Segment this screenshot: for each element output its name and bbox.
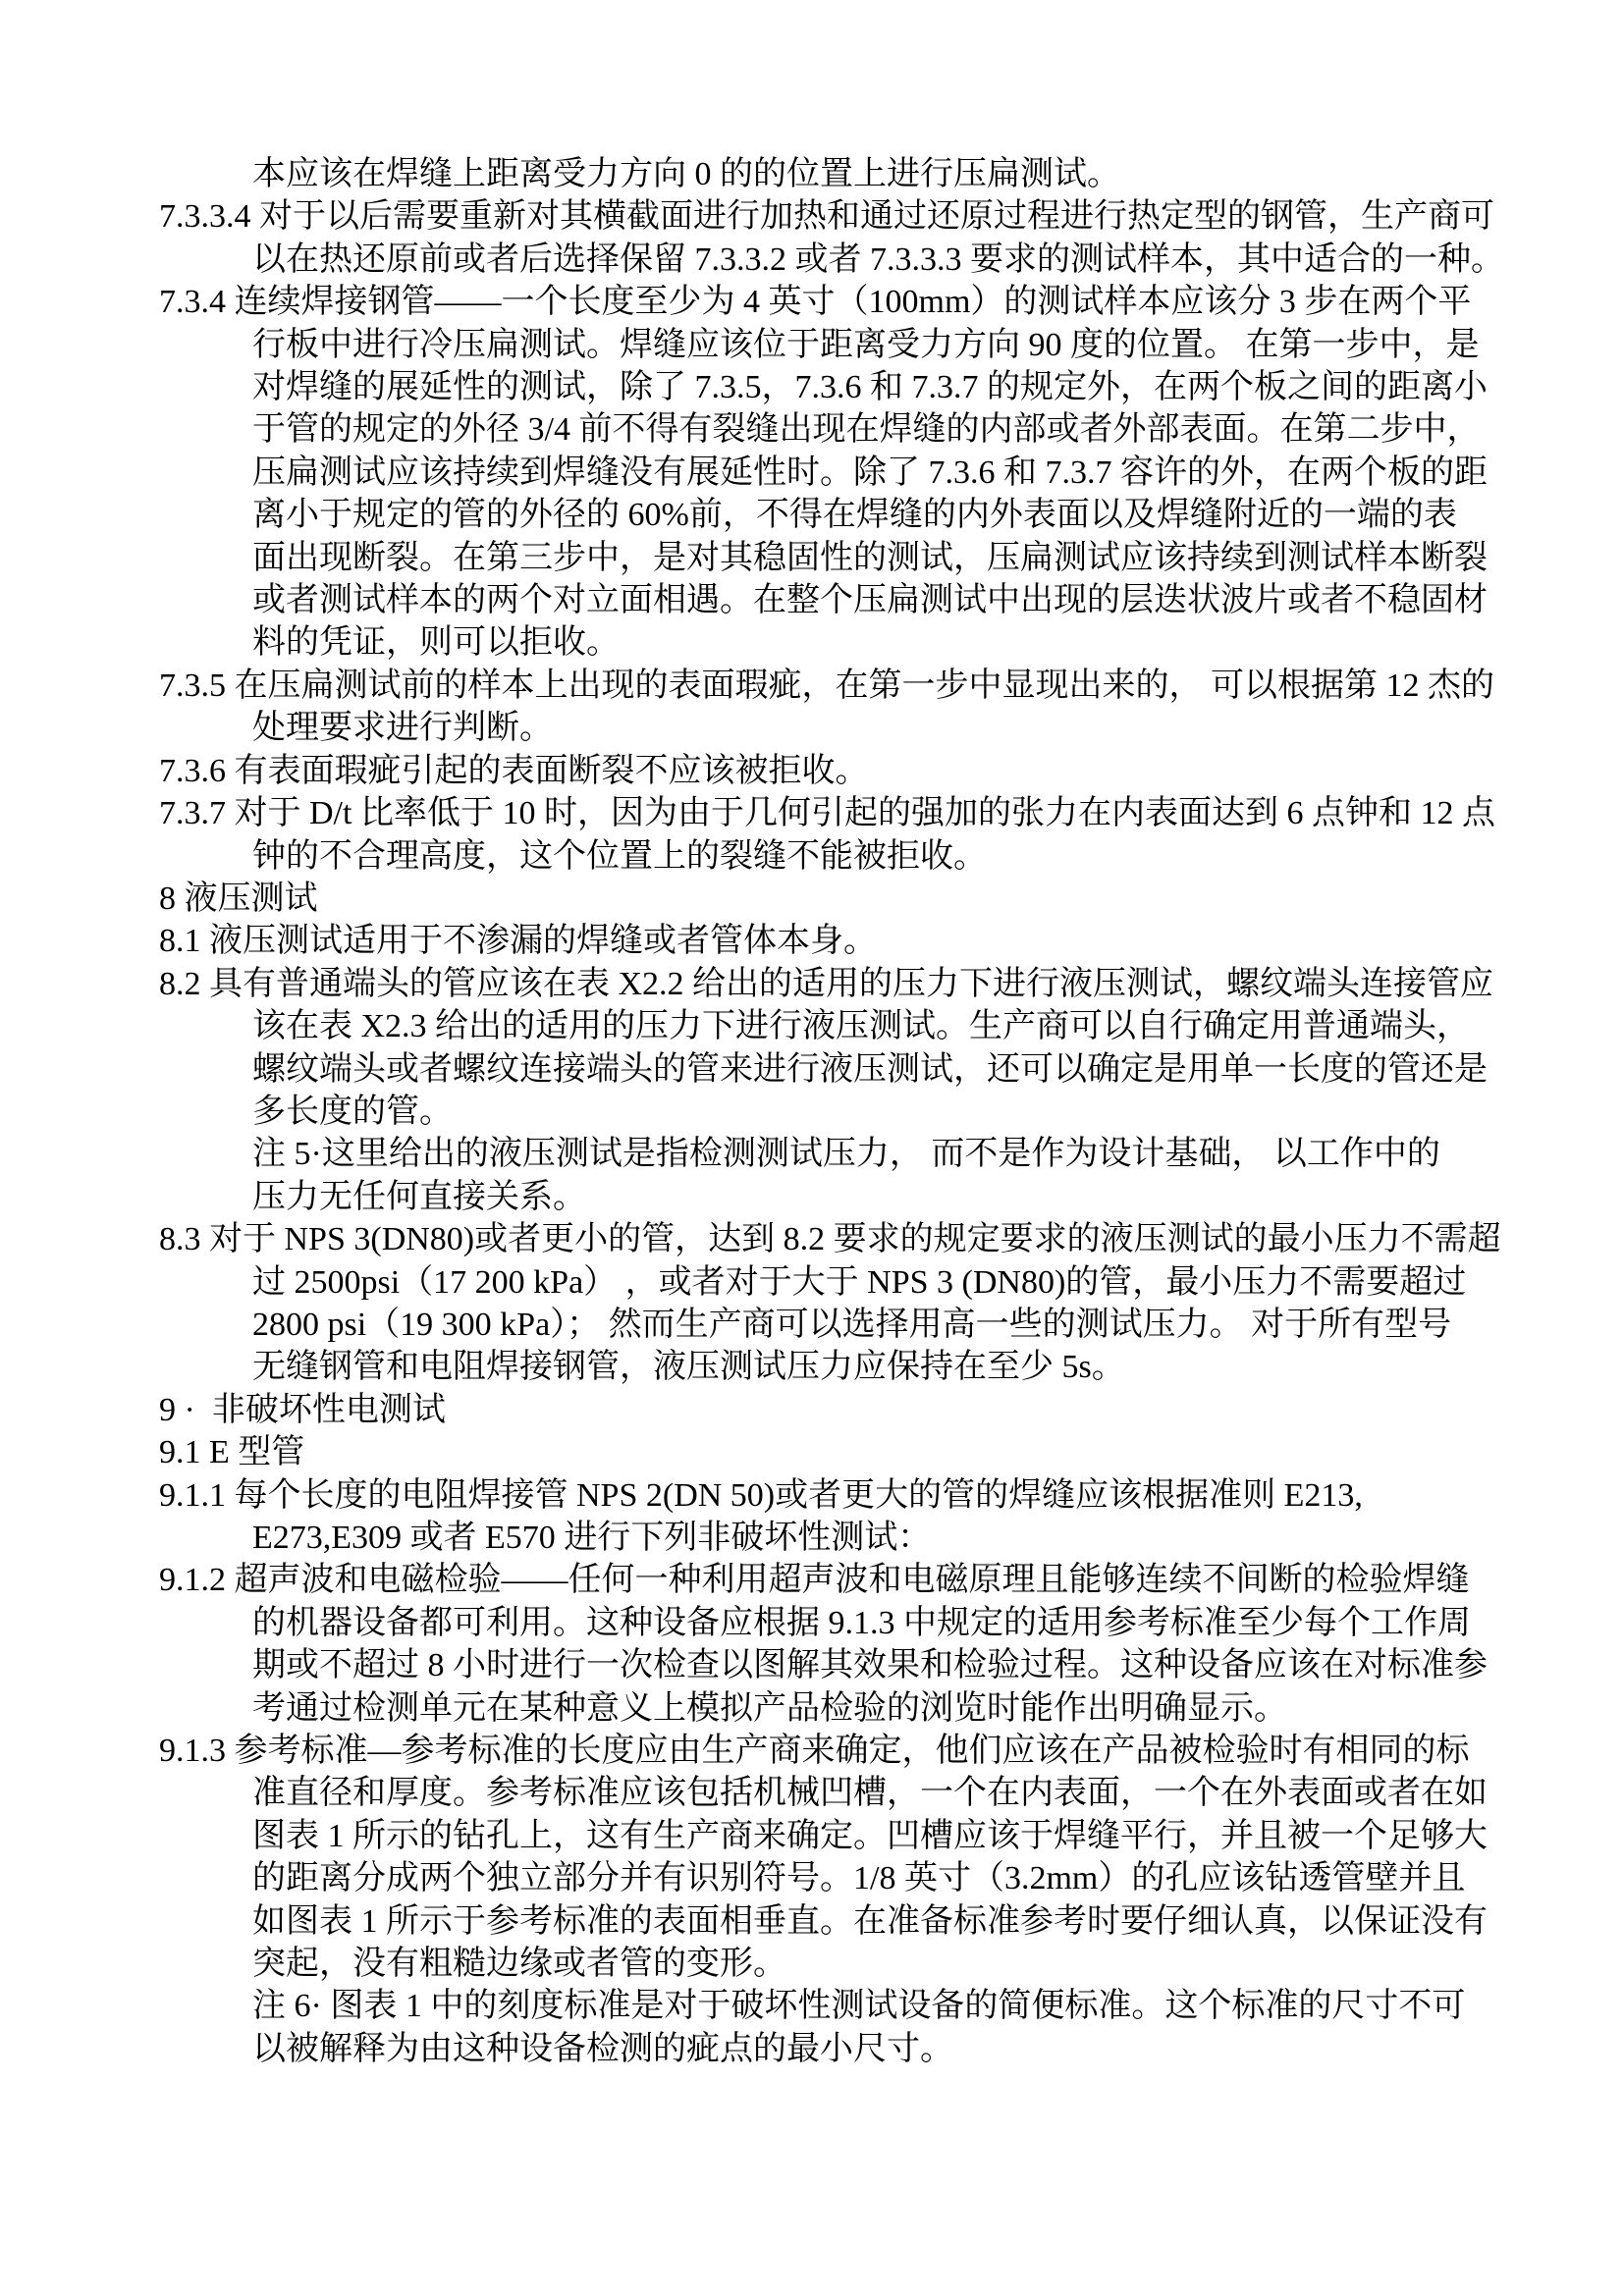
text-line: 注 5·这里给出的液压测试是指检测测试压力， 而不是作为设计基础， 以工作中的 [159, 1133, 1553, 1175]
text-line: 2800 psi（19 300 kPa）； 然而生产商可以选择用高一些的测试压力… [159, 1304, 1553, 1346]
text-line: 钟的不合理高度，这个位置上的裂缝不能被拒收。 [159, 835, 1553, 878]
text-line: 面出现断裂。在第三步中，是对其稳固性的测试，压扁测试应该持续到测试样本断裂 [159, 537, 1553, 579]
text-line: 以在热还原前或者后选择保留 7.3.3.2 或者 7.3.3.3 要求的测试样本… [159, 239, 1553, 281]
text-line: 准直径和厚度。参考标准应该包括机械凹槽，一个在内表面，一个在外表面或者在如 [159, 1772, 1553, 1814]
text-line: 9.1.3 参考标准—参考标准的长度应由生产商来确定，他们应该在产品被检验时有相… [159, 1730, 1553, 1772]
document-body: 本应该在焊缝上距离受力方向 0 的的位置上进行压扁测试。7.3.3.4 对于以后… [159, 153, 1553, 2070]
text-line: 7.3.5 在压扁测试前的样本上出现的表面瑕疵，在第一步中显现出来的， 可以根据… [159, 665, 1553, 707]
text-line: 8.2 具有普通端头的管应该在表 X2.2 给出的适用的压力下进行液压测试，螺纹… [159, 963, 1553, 1005]
text-line: 7.3.4 连续焊接钢管——一个长度至少为 4 英寸（100mm）的测试样本应该… [159, 281, 1553, 323]
text-line: 7.3.6 有表面瑕疵引起的表面断裂不应该被拒收。 [159, 750, 1553, 792]
text-line: 9.1.1 每个长度的电阻焊接管 NPS 2(DN 50)或者更大的管的焊缝应该… [159, 1474, 1553, 1517]
text-line: 压扁测试应该持续到焊缝没有展延性时。除了 7.3.6 和 7.3.7 容许的外，… [159, 452, 1553, 494]
text-line: 行板中进行冷压扁测试。焊缝应该位于距离受力方向 90 度的位置。 在第一步中，是 [159, 324, 1553, 366]
text-line: 8 液压测试 [159, 878, 1553, 920]
text-line: 料的凭证，则可以拒收。 [159, 621, 1553, 664]
text-line: 8.1 液压测试适用于不渗漏的焊缝或者管体本身。 [159, 920, 1553, 962]
text-line: 9.1 E 型管 [159, 1431, 1553, 1473]
text-line: 离小于规定的管的外径的 60%前，不得在焊缝的内外表面以及焊缝附近的一端的表 [159, 494, 1553, 536]
text-line: 螺纹端头或者螺纹连接端头的管来进行液压测试，还可以确定是用单一长度的管还是 [159, 1048, 1553, 1091]
text-line: 期或不超过 8 小时进行一次检查以图解其效果和检验过程。这种设备应该在对标准参 [159, 1644, 1553, 1686]
text-line: 于管的规定的外径 3/4 前不得有裂缝出现在焊缝的内部或者外部表面。在第二步中， [159, 408, 1553, 451]
text-line: 7.3.7 对于 D/t 比率低于 10 时，因为由于几何引起的强加的张力在内表… [159, 792, 1553, 834]
text-line: 本应该在焊缝上距离受力方向 0 的的位置上进行压扁测试。 [159, 153, 1553, 195]
document-page: 本应该在焊缝上距离受力方向 0 的的位置上进行压扁测试。7.3.3.4 对于以后… [0, 0, 1623, 2296]
text-line: 该在表 X2.3 给出的适用的压力下进行液压测试。生产商可以自行确定用普通端头， [159, 1005, 1553, 1047]
text-line: 突起，没有粗糙边缘或者管的变形。 [159, 1943, 1553, 1985]
text-line: 如图表 1 所示于参考标准的表面相垂直。在准备标准参考时要仔细认真，以保证没有 [159, 1900, 1553, 1943]
text-line: 考通过检测单元在某种意义上模拟产品检验的浏览时能作出明确显示。 [159, 1687, 1553, 1730]
text-line: 无缝钢管和电阻焊接钢管，液压测试压力应保持在至少 5s。 [159, 1346, 1553, 1388]
text-line: 注 6· 图表 1 中的刻度标准是对于破坏性测试设备的简便标准。这个标准的尺寸不… [159, 1985, 1553, 2027]
text-line: 多长度的管。 [159, 1091, 1553, 1133]
text-line: 8.3 对于 NPS 3(DN80)或者更小的管，达到 8.2 要求的规定要求的… [159, 1218, 1553, 1260]
text-line: 7.3.3.4 对于以后需要重新对其横截面进行加热和通过还原过程进行热定型的钢管… [159, 195, 1553, 238]
text-line: 9 · 非破坏性电测试 [159, 1389, 1553, 1431]
text-line: E273,E309 或者 E570 进行下列非破坏性测试： [159, 1517, 1553, 1559]
text-line: 图表 1 所示的钻孔上，这有生产商来确定。凹槽应该于焊缝平行，并且被一个足够大 [159, 1815, 1553, 1857]
text-line: 对焊缝的展延性的测试，除了 7.3.5，7.3.6 和 7.3.7 的规定外，在… [159, 366, 1553, 408]
text-line: 压力无任何直接关系。 [159, 1176, 1553, 1218]
text-line: 9.1.2 超声波和电磁检验——任何一种利用超声波和电磁原理且能够连续不间断的检… [159, 1559, 1553, 1601]
text-line: 的距离分成两个独立部分并有识别符号。1/8 英寸（3.2mm）的孔应该钻透管壁并… [159, 1857, 1553, 1899]
text-line: 的机器设备都可利用。这种设备应根据 9.1.3 中规定的适用参考标准至少每个工作… [159, 1602, 1553, 1644]
text-line: 或者测试样本的两个对立面相遇。在整个压扁测试中出现的层迭状波片或者不稳固材 [159, 579, 1553, 621]
text-line: 以被解释为由这种设备检测的疵点的最小尺寸。 [159, 2028, 1553, 2070]
text-line: 处理要求进行判断。 [159, 707, 1553, 749]
text-line: 过 2500psi（17 200 kPa） ，或者对于大于 NPS 3 (DN8… [159, 1261, 1553, 1304]
